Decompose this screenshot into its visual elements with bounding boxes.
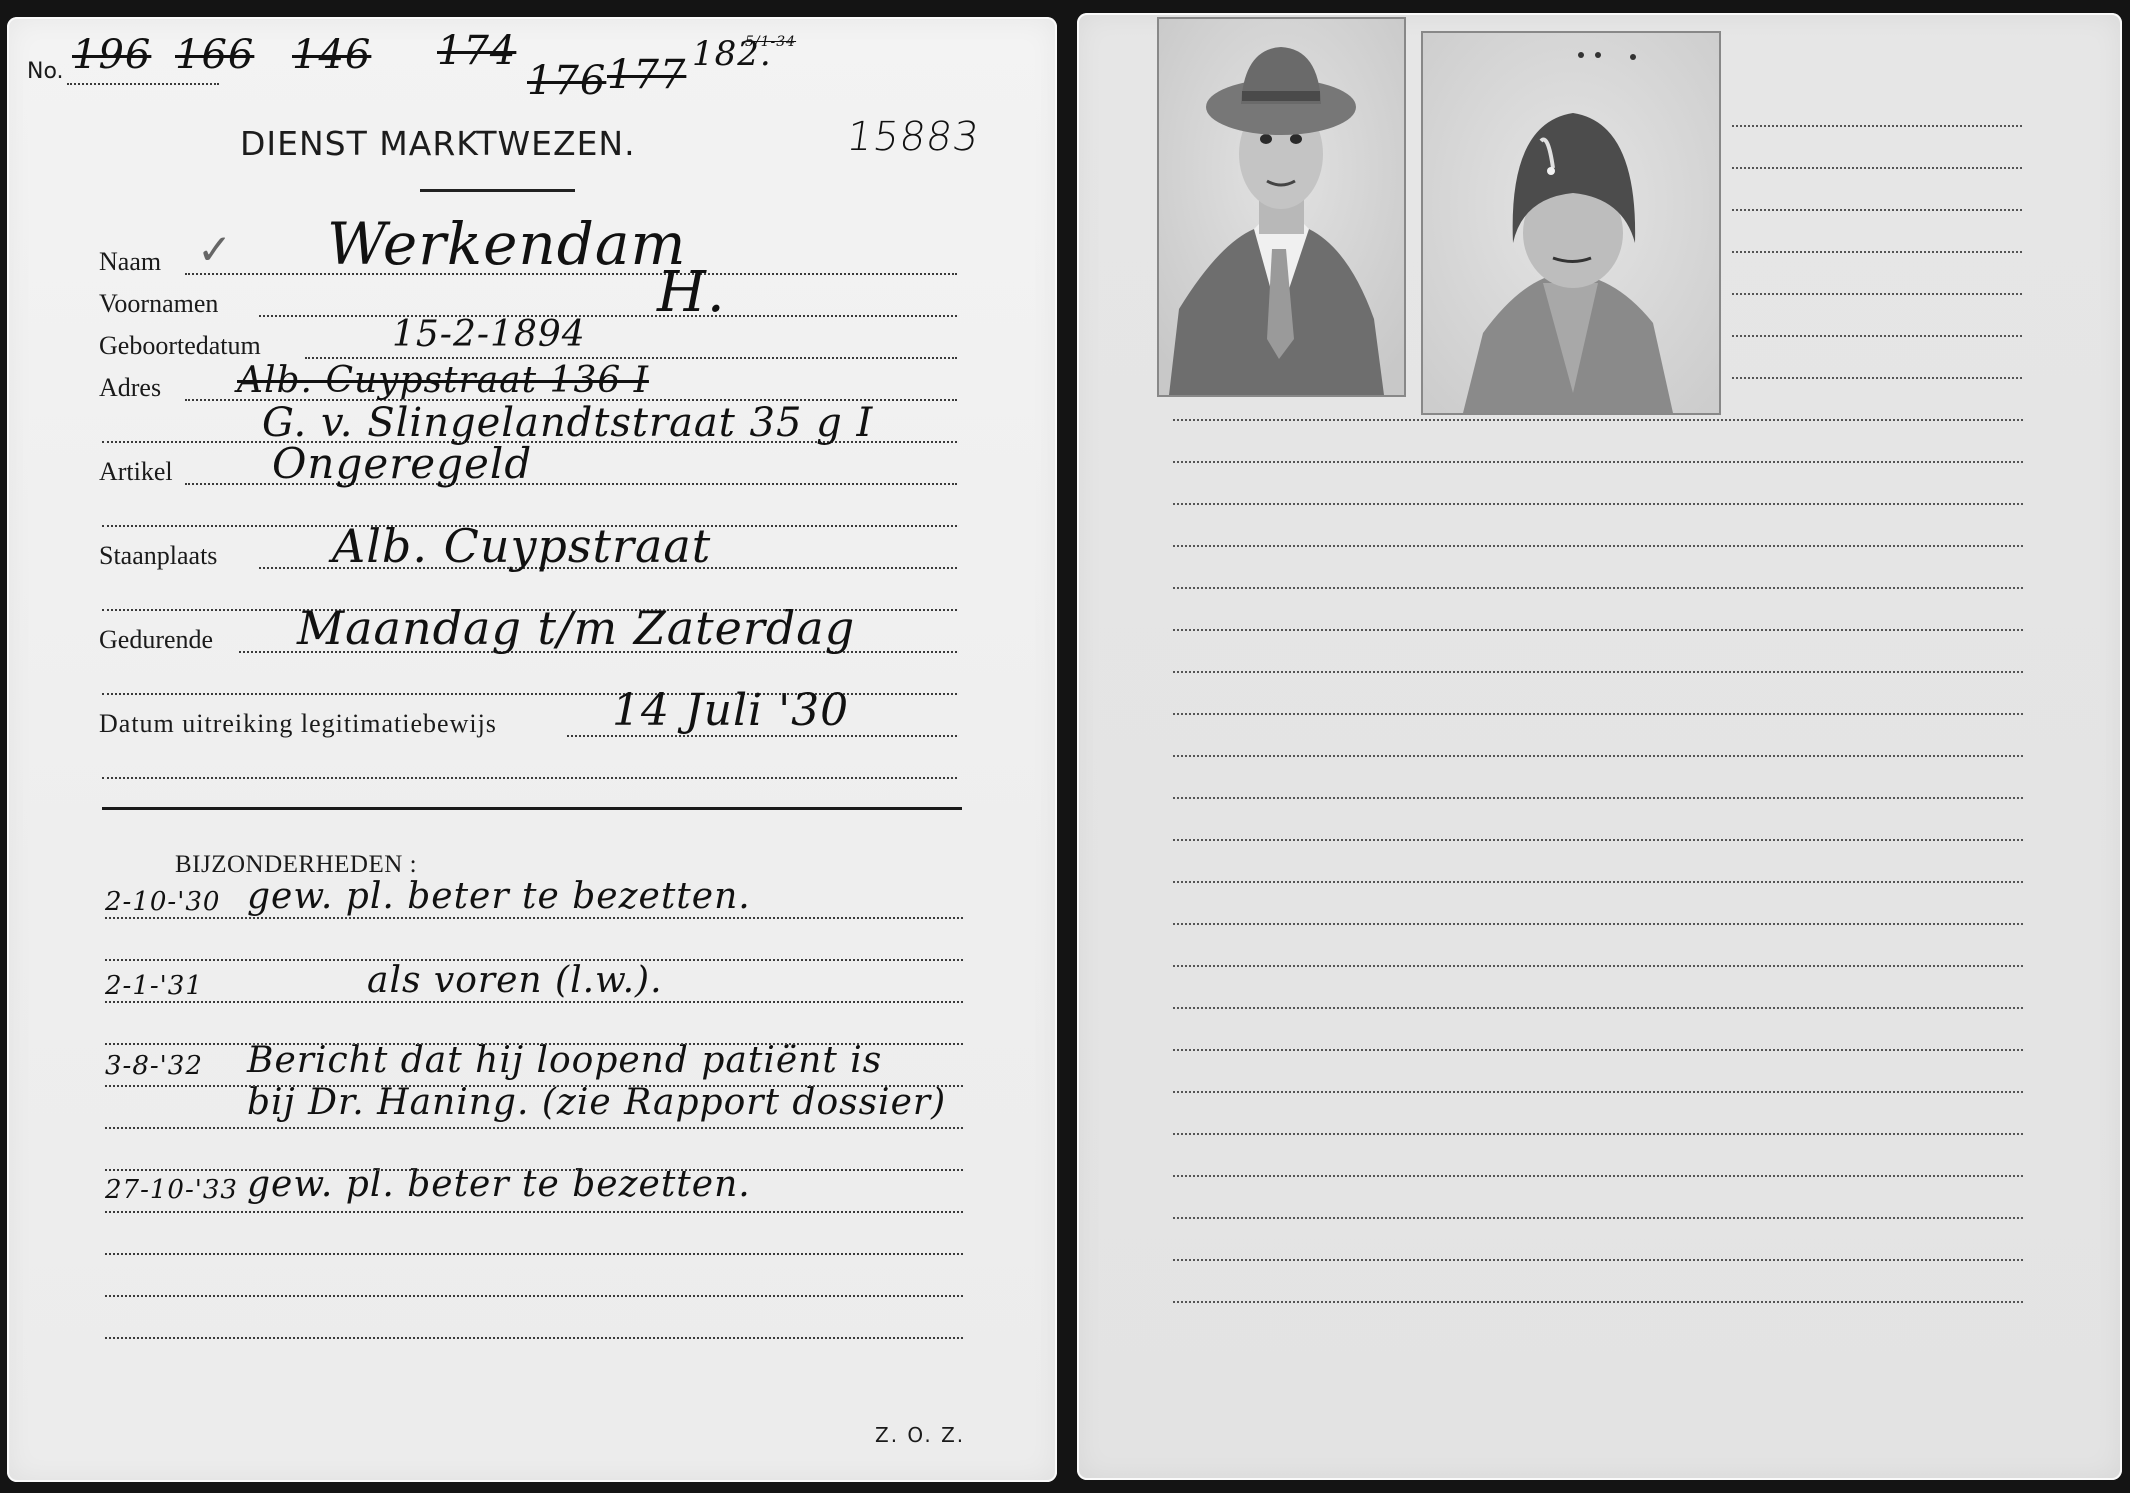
back-dotline — [1173, 881, 2023, 883]
page-title: DIENST MARKTWEZEN. — [240, 127, 636, 160]
check-mark: ✓ — [197, 229, 233, 271]
number-entry: 174 — [437, 31, 516, 71]
number-entry: 146 — [292, 35, 371, 75]
back-dotline — [1173, 1259, 2023, 1261]
back-dotline — [1173, 1049, 2023, 1051]
label-datum-uitreiking: Datum uitreiking legitimatiebewijs — [99, 711, 497, 737]
no-dotline — [67, 83, 219, 85]
back-dotline — [1732, 251, 2022, 253]
label-gedurende: Gedurende — [99, 627, 213, 653]
back-dotline — [1173, 755, 2023, 757]
card-front: No. 196166146174176177182. 5/1-34 DIENST… — [7, 17, 1057, 1482]
note-dotline — [105, 1001, 963, 1003]
back-dotline — [1173, 965, 2023, 967]
value-artikel: Ongeregeld — [272, 443, 532, 485]
note-text: bij Dr. Haning. (zie Rapport dossier) — [247, 1085, 946, 1121]
back-dotline — [1173, 1301, 2023, 1303]
woman-portrait-image — [1423, 33, 1719, 413]
label-adres: Adres — [99, 375, 161, 401]
back-dotline — [1732, 293, 2022, 295]
man-portrait-image — [1159, 19, 1404, 395]
note-dotline — [105, 1253, 963, 1255]
label-geboortedatum: Geboortedatum — [99, 333, 261, 359]
back-dotline — [1173, 419, 2023, 421]
note-date: 27-10-'33 — [105, 1177, 238, 1203]
note-text: Bericht dat hij loopend patiënt is — [247, 1043, 882, 1079]
note-date: 3-8-'32 — [105, 1053, 203, 1079]
note-dotline — [105, 1127, 963, 1129]
number-entry: 176 — [527, 61, 606, 101]
title-number: 15883 — [844, 117, 982, 157]
back-dotline — [1173, 629, 2023, 631]
value-staanplaats: Alb. Cuypstraat — [332, 523, 711, 569]
number-entry: 196 — [72, 35, 151, 75]
back-dotline — [1173, 1175, 2023, 1177]
footer-zoz: Z. O. Z. — [875, 1425, 965, 1445]
note-text: als voren (l.w.). — [367, 963, 663, 999]
label-staanplaats: Staanplaats — [99, 543, 217, 569]
note-dotline — [105, 1295, 963, 1297]
title-underline — [420, 189, 575, 192]
back-dotline — [1173, 923, 2023, 925]
man-portrait-photo — [1157, 17, 1406, 397]
dotline-geboortedatum — [305, 357, 957, 359]
back-dotline — [1173, 545, 2023, 547]
note-dotline — [105, 1085, 963, 1087]
back-dotline — [1173, 1007, 2023, 1009]
note-dotline — [105, 1211, 963, 1213]
note-dotline — [105, 917, 963, 919]
value-naam: Werkendam — [327, 215, 686, 273]
note-dotline — [105, 959, 963, 961]
value-adres: G. v. Slingelandtstraat 35 g I — [262, 403, 873, 443]
back-dotline — [1173, 1217, 2023, 1219]
note-date: 2-1-'31 — [105, 973, 203, 999]
note-dotline — [105, 1337, 963, 1339]
back-dotline — [1732, 209, 2022, 211]
no-small-note: 5/1-34 — [745, 35, 796, 49]
label-artikel: Artikel — [99, 459, 173, 485]
dotline-voornamen — [259, 315, 957, 317]
back-dotline — [1173, 503, 2023, 505]
section-divider — [102, 807, 962, 810]
back-dotline — [1173, 839, 2023, 841]
back-dotline — [1173, 1133, 2023, 1135]
label-voornamen: Voornamen — [99, 291, 218, 317]
back-dotline — [1173, 713, 2023, 715]
back-dotline — [1173, 1091, 2023, 1093]
back-dotline — [1732, 125, 2022, 127]
note-text: gew. pl. beter te bezetten. — [247, 1167, 751, 1203]
back-dotline — [1173, 797, 2023, 799]
note-date: 2-10-'30 — [105, 889, 220, 915]
woman-portrait-photo — [1421, 31, 1721, 415]
note-dotline — [105, 1043, 963, 1045]
back-dotline — [1173, 671, 2023, 673]
back-dotline — [1732, 335, 2022, 337]
back-dotline — [1732, 167, 2022, 169]
number-entry: 166 — [175, 35, 254, 75]
back-dotline — [1732, 377, 2022, 379]
value-adres-old: Alb. Cuypstraat 136 I — [237, 363, 649, 399]
value-geboortedatum: 15-2-1894 — [392, 317, 586, 353]
back-dotline — [1173, 461, 2023, 463]
dotline-datum-2 — [102, 777, 957, 779]
value-datum-uitreiking: 14 Juli '30 — [612, 689, 849, 733]
no-label: No. — [27, 61, 64, 83]
value-gedurende: Maandag t/m Zaterdag — [297, 605, 855, 651]
card-back — [1077, 13, 2122, 1480]
note-text: gew. pl. beter te bezetten. — [247, 879, 751, 915]
back-dotline — [1173, 587, 2023, 589]
value-voornamen: H. — [657, 265, 726, 321]
note-dotline — [105, 1169, 963, 1171]
label-naam: Naam — [99, 249, 161, 275]
number-entry: 177 — [607, 55, 686, 95]
bijzonderheden-heading: BIJZONDERHEDEN : — [175, 852, 417, 877]
